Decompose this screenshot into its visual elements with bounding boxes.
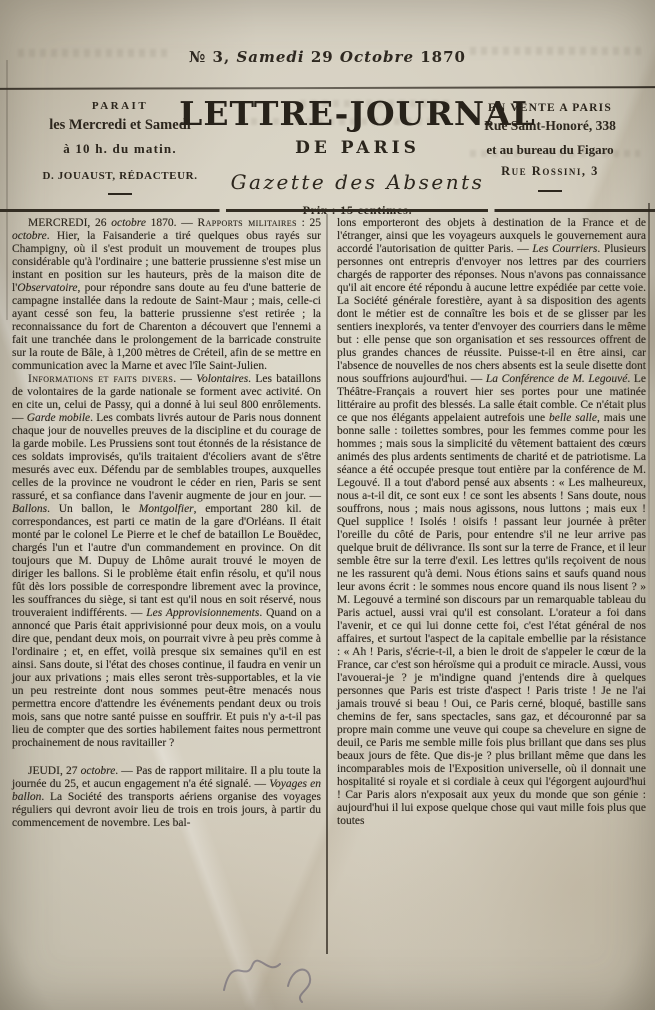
sale-address-3: Rue Rossini, 3 [452,164,648,179]
paragraph-continuation: lons emporteront des objets à destinatio… [337,217,646,828]
handwritten-ink-mark [218,942,328,1004]
points-of-sale: EN VENTE A PARIS Rue Saint-Honoré, 338 e… [452,102,648,192]
column-left: MERCREDI, 26 octobre 1870. — Rapports mi… [12,217,321,830]
page-edge-line [648,203,650,633]
paragraph-jeudi: JEUDI, 27 octobre. — Pas de rapport mili… [12,765,321,830]
dash-ornament [108,193,132,195]
sale-heading: EN VENTE A PARIS [452,102,648,114]
sale-address-1: Rue Saint-Honoré, 338 [452,118,648,134]
sale-address-2: et au bureau du Figaro [452,142,648,158]
paragraph-informations: Informations et faits divers. — Volontai… [12,373,321,750]
masthead-rule [0,209,655,212]
article-body: MERCREDI, 26 octobre 1870. — Rapports mi… [12,217,648,830]
paragraph-mercredi: MERCREDI, 26 octobre 1870. — Rapports mi… [12,217,321,373]
dash-ornament [538,190,562,192]
column-divider-rule [326,214,328,954]
horizontal-rule [0,86,655,90]
column-right: lons emporteront des objets à destinatio… [337,217,646,830]
newspaper-page: № 3, Samedi 29 Octobre 1870 PARAIT les M… [0,0,655,1010]
issue-dateline: № 3, Samedi 29 Octobre 1870 [0,48,655,66]
page-edge-line [6,60,8,320]
